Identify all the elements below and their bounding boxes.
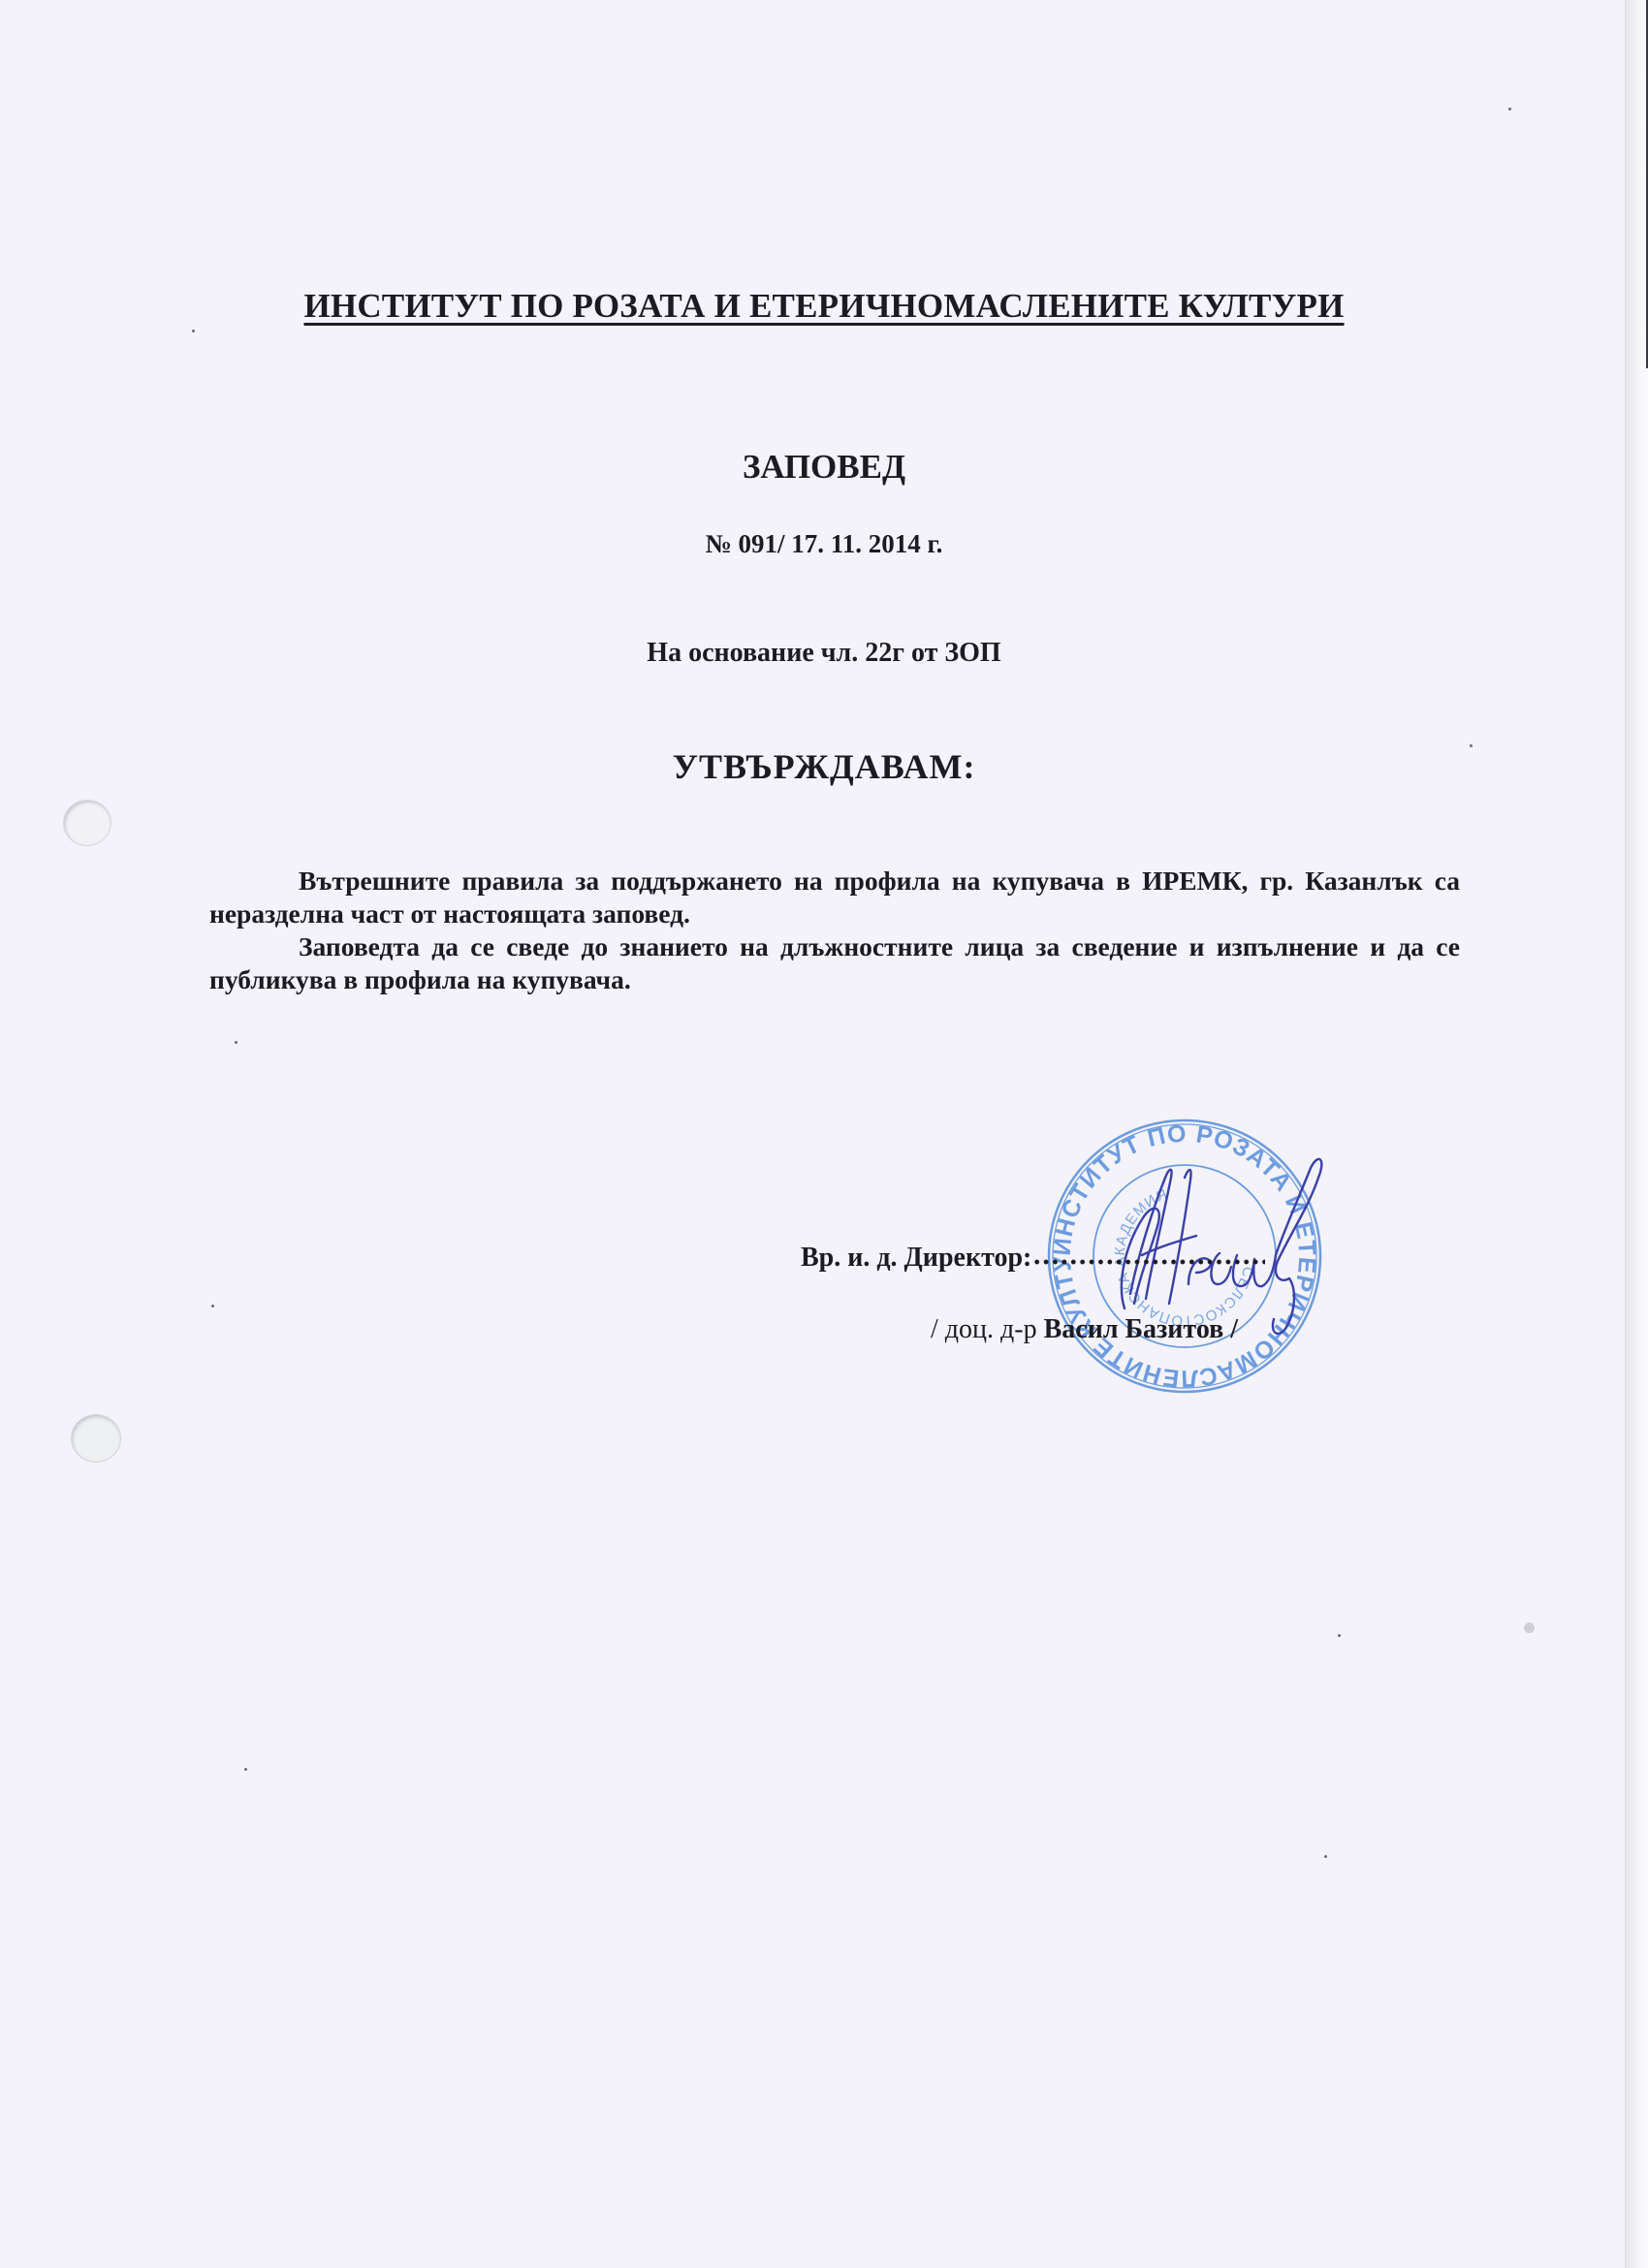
scan-speck xyxy=(1508,108,1511,110)
scan-speck xyxy=(192,330,195,332)
scan-speck xyxy=(1324,1855,1327,1858)
institution-header: ИНСТИТУТ ПО РОЗАТА И ЕТЕРИЧНОМАСЛЕНИТЕ К… xyxy=(0,287,1648,326)
signatory-title: Вр. и. д. Директор: xyxy=(801,1243,1265,1274)
legal-basis: На основание чл. 22г от ЗОП xyxy=(0,638,1648,669)
signatory-degree: / доц. д-р xyxy=(931,1314,1037,1344)
scan-speck xyxy=(235,1041,238,1044)
punch-hole-top xyxy=(60,797,113,849)
order-body: Вътрешните правила за поддържането на пр… xyxy=(209,865,1460,996)
page-edge-shadow xyxy=(1625,0,1648,2268)
order-paragraph-1: Вътрешните правила за поддържането на пр… xyxy=(209,865,1460,930)
scan-speck xyxy=(211,1305,214,1307)
approve-heading: УТВЪРЖДАВАМ: xyxy=(0,746,1648,787)
scan-speck xyxy=(1338,1634,1341,1637)
signatory-full-name: Васил Базитов / xyxy=(1044,1314,1238,1344)
document-type-title: ЗАПОВЕД xyxy=(0,448,1648,487)
scan-blot xyxy=(1524,1622,1535,1633)
signatory-name: / доц. д-р Васил Базитов / xyxy=(931,1314,1238,1345)
order-paragraph-2: Заповедта да се сведе до знанието на длъ… xyxy=(209,930,1460,996)
signature-dotted-line xyxy=(1032,1243,1265,1266)
scanned-page: ИНСТИТУТ ПО РОЗАТА И ЕТЕРИЧНОМАСЛЕНИТЕ К… xyxy=(0,0,1625,2268)
punch-hole-bottom xyxy=(72,1415,120,1462)
scan-speck xyxy=(244,1768,247,1771)
document-number-date: № 091/ 17. 11. 2014 г. xyxy=(0,529,1648,559)
